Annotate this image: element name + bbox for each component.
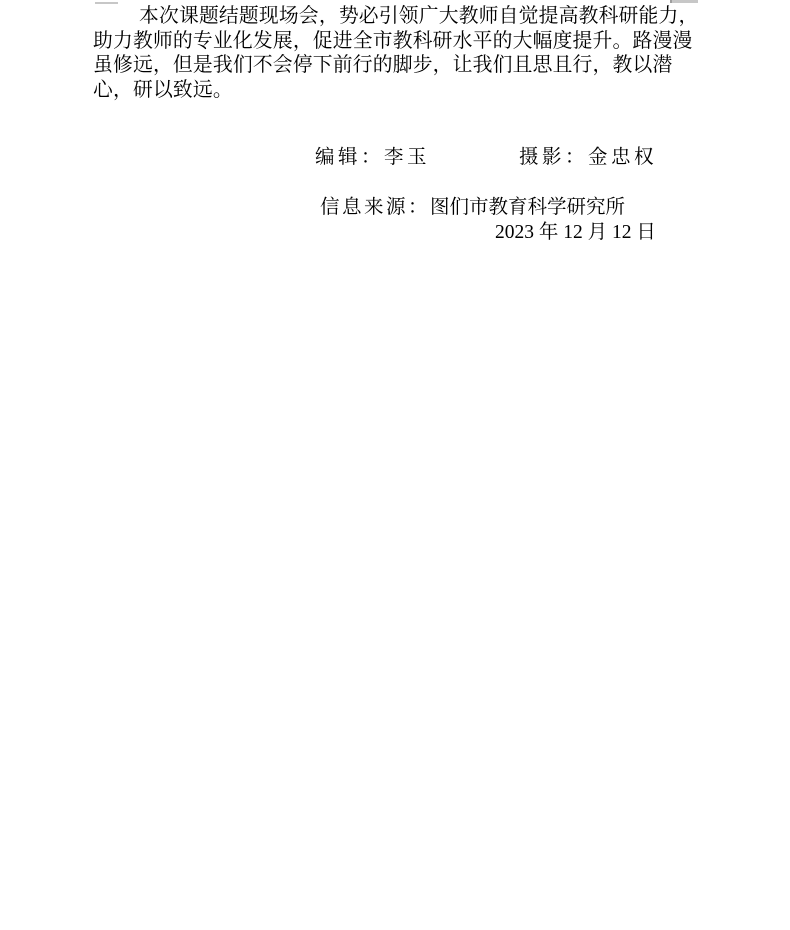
closing-paragraph: 本次课题结题现场会，势必引领广大教师自觉提高教科研能力， 助力教师的专业化发展，…	[93, 4, 705, 102]
cropped-content-fragment-right	[670, 0, 698, 3]
paragraph-line-4: 心，研以致远。	[93, 78, 705, 103]
paragraph-line-2: 助力教师的专业化发展，促进全市教科研水平的大幅度提升。路漫漫	[93, 29, 705, 54]
source-line: 信息来源：图们市教育科学研究所	[320, 195, 625, 220]
paragraph-line-3: 虽修远，但是我们不会停下前行的脚步，让我们且思且行，教以潜	[93, 53, 705, 78]
document-page: 本次课题结题现场会，势必引领广大教师自觉提高教科研能力， 助力教师的专业化发展，…	[0, 0, 790, 930]
source-label: 信息来源：	[320, 197, 430, 218]
date-line: 2023 年 12 月 12 日	[495, 220, 656, 245]
source-organization: 图们市教育科学研究所	[430, 197, 625, 218]
editor-credit: 编辑：李玉	[315, 145, 430, 170]
paragraph-line-1: 本次课题结题现场会，势必引领广大教师自觉提高教科研能力，	[93, 4, 705, 29]
photographer-credit: 摄影：金忠权	[519, 145, 657, 170]
credits-line: 编辑：李玉 摄影：金忠权	[0, 145, 790, 170]
